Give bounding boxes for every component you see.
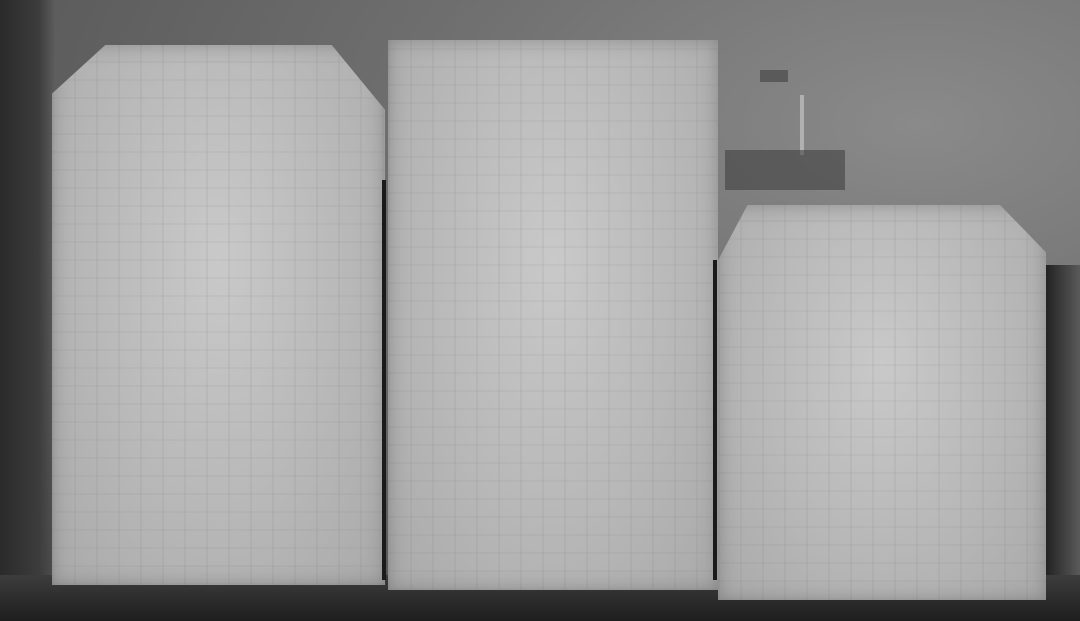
wall-ledge [725,150,845,190]
stele-gap [713,260,717,580]
left-shadow [0,0,55,621]
stele-right [718,205,1046,600]
stele-middle [388,40,718,590]
photo-scene [0,0,1080,621]
stele-gap [382,180,386,580]
stele-left [52,45,385,585]
right-stone-edge [1042,265,1080,595]
wall-post [800,95,804,155]
wall-plaque [760,70,788,82]
